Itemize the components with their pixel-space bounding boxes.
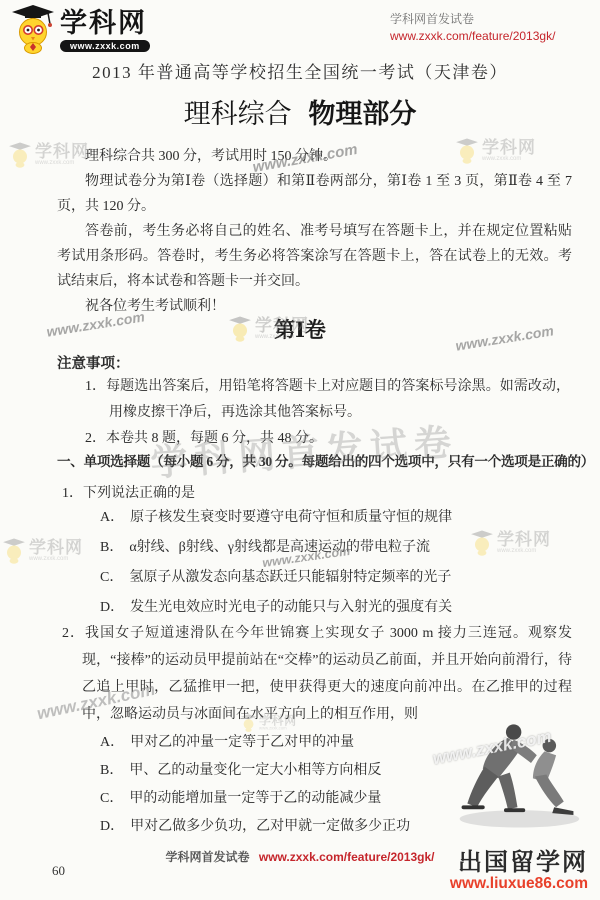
- option-text: 甲、乙的动量变化一定大小相等方向相反: [129, 763, 381, 778]
- notice-item: 1．每题选出答案后，用铅笔将答题卡上对应题目的答案标号涂黑。如需改动，用橡皮擦干…: [85, 374, 570, 426]
- zxxk-mascot-icon: [2, 538, 26, 564]
- exam-paper-page: 学科网 www.zxxk.com 学科网首发试卷 www.zxxk.com/fe…: [0, 0, 600, 900]
- exam-title: 2013 年普通高等学校招生全国统一考试（天津卷）: [0, 58, 600, 83]
- liuxue-url: www.liuxue86.com: [450, 876, 588, 892]
- option-row: C．甲的动能增加量一定等于乙的动能减少量: [100, 785, 580, 813]
- option-label: D．: [100, 819, 124, 834]
- zxxk-url-pill: www.zxxk.com: [60, 40, 150, 52]
- option-text: 原子核发生衰变时要遵守电荷守恒和质量守恒的规律: [130, 510, 452, 525]
- notice-item: 2．本卷共 8 题，每题 6 分，共 48 分。: [85, 426, 570, 452]
- zxxk-logo-watermark: 学科网www.zxxk.com: [2, 538, 83, 564]
- option-label: B．: [100, 540, 123, 555]
- question-stem: 下列说法正确的是: [83, 486, 195, 501]
- notice-title: 注意事项：: [57, 352, 130, 373]
- page-number: 60: [52, 863, 65, 879]
- option-text: 甲对乙做多少负功，乙对甲就一定做多少正功: [130, 819, 410, 834]
- option-label: C．: [100, 570, 123, 585]
- option-row: C．氢原子从激发态向基态跃迁只能辐射特定频率的光子: [100, 563, 580, 593]
- question-1-options: A．原子核发生衰变时要遵守电荷守恒和质量守恒的规律 B．α射线、β射线、γ射线都…: [100, 503, 580, 623]
- zxxk-logo: 学科网 www.zxxk.com: [10, 4, 150, 54]
- liuxue-brand: 出国留学网: [450, 850, 588, 876]
- intro-paragraph: 理科综合共 300 分，考试用时 150 分钟。: [57, 144, 572, 169]
- source-label: 学科网首发试卷: [390, 10, 555, 27]
- zxxk-brand-text: 学科网: [60, 10, 150, 36]
- notice-list: 1．每题选出答案后，用铅笔将答题卡上对应题目的答案标号涂黑。如需改动，用橡皮擦干…: [85, 374, 570, 452]
- option-label: C．: [100, 791, 123, 806]
- option-text: 氢原子从激发态向基态跃迁只能辐射特定频率的光子: [129, 570, 451, 585]
- option-label: A．: [100, 510, 124, 525]
- question-2: 2．我国女子短道速滑队在今年世锦赛上实现女子 3000 m 接力三连冠。观察发现…: [82, 620, 572, 728]
- option-text: 甲的动能增加量一定等于乙的动能减少量: [129, 791, 381, 806]
- zxxk-mascot-icon: [8, 142, 32, 168]
- question-2-options: A．甲对乙的冲量一定等于乙对甲的冲量 B．甲、乙的动量变化一定大小相等方向相反 …: [100, 729, 580, 841]
- intro-block: 理科综合共 300 分，考试用时 150 分钟。 物理试卷分为第Ⅰ卷（选择题）和…: [57, 144, 572, 319]
- source-url: www.zxxk.com/feature/2013gk/: [390, 29, 555, 43]
- option-label: D．: [100, 600, 124, 615]
- option-row: B．甲、乙的动量变化一定大小相等方向相反: [100, 757, 580, 785]
- option-row: B．α射线、β射线、γ射线都是高速运动的带电粒子流: [100, 533, 580, 563]
- option-text: 甲对乙的冲量一定等于乙对甲的冲量: [130, 735, 354, 750]
- option-row: A．原子核发生衰变时要遵守电荷守恒和质量守恒的规律: [100, 503, 580, 533]
- question-number: 1．: [62, 486, 83, 501]
- option-label: B．: [100, 763, 123, 778]
- option-row: A．甲对乙的冲量一定等于乙对甲的冲量: [100, 729, 580, 757]
- subtitle-subject: 理科综合: [184, 99, 292, 129]
- option-row: D．甲对乙做多少负功，乙对甲就一定做多少正功: [100, 813, 580, 841]
- zxxk-mascot-icon: [10, 4, 56, 54]
- question-number: 2．: [62, 626, 85, 641]
- option-text: α射线、β射线、γ射线都是高速运动的带电粒子流: [129, 540, 430, 555]
- option-label: A．: [100, 735, 124, 750]
- header-source-block: 学科网首发试卷 www.zxxk.com/feature/2013gk/: [390, 10, 555, 43]
- footer-label: 学科网首发试卷: [166, 850, 250, 864]
- liuxue-watermark: 出国留学网 www.liuxue86.com: [450, 850, 588, 892]
- footer-url: www.zxxk.com/feature/2013gk/: [259, 850, 435, 864]
- exam-subtitle: 理科综合 物理部分: [0, 92, 600, 131]
- intro-paragraph: 答卷前，考生务必将自己的姓名、准考号填写在答题卡上，并在规定位置粘贴考试用条形码…: [57, 219, 572, 294]
- intro-paragraph: 物理试卷分为第Ⅰ卷（选择题）和第Ⅱ卷两部分，第Ⅰ卷 1 至 3 页，第Ⅱ卷 4 …: [57, 169, 572, 219]
- question-stem: 我国女子短道速滑队在今年世锦赛上实现女子 3000 m 接力三连冠。观察发现，“…: [82, 626, 572, 722]
- volume-heading: 第Ⅰ卷: [0, 314, 600, 344]
- option-text: 发生光电效应时光电子的动能只与入射光的强度有关: [130, 600, 452, 615]
- subtitle-section: 物理部分: [308, 99, 416, 129]
- option-row: D．发生光电效应时光电子的动能只与入射光的强度有关: [100, 593, 580, 623]
- part-heading: 一、单项选择题（每小题 6 分，共 30 分。每题给出的四个选项中，只有一个选项…: [57, 450, 594, 470]
